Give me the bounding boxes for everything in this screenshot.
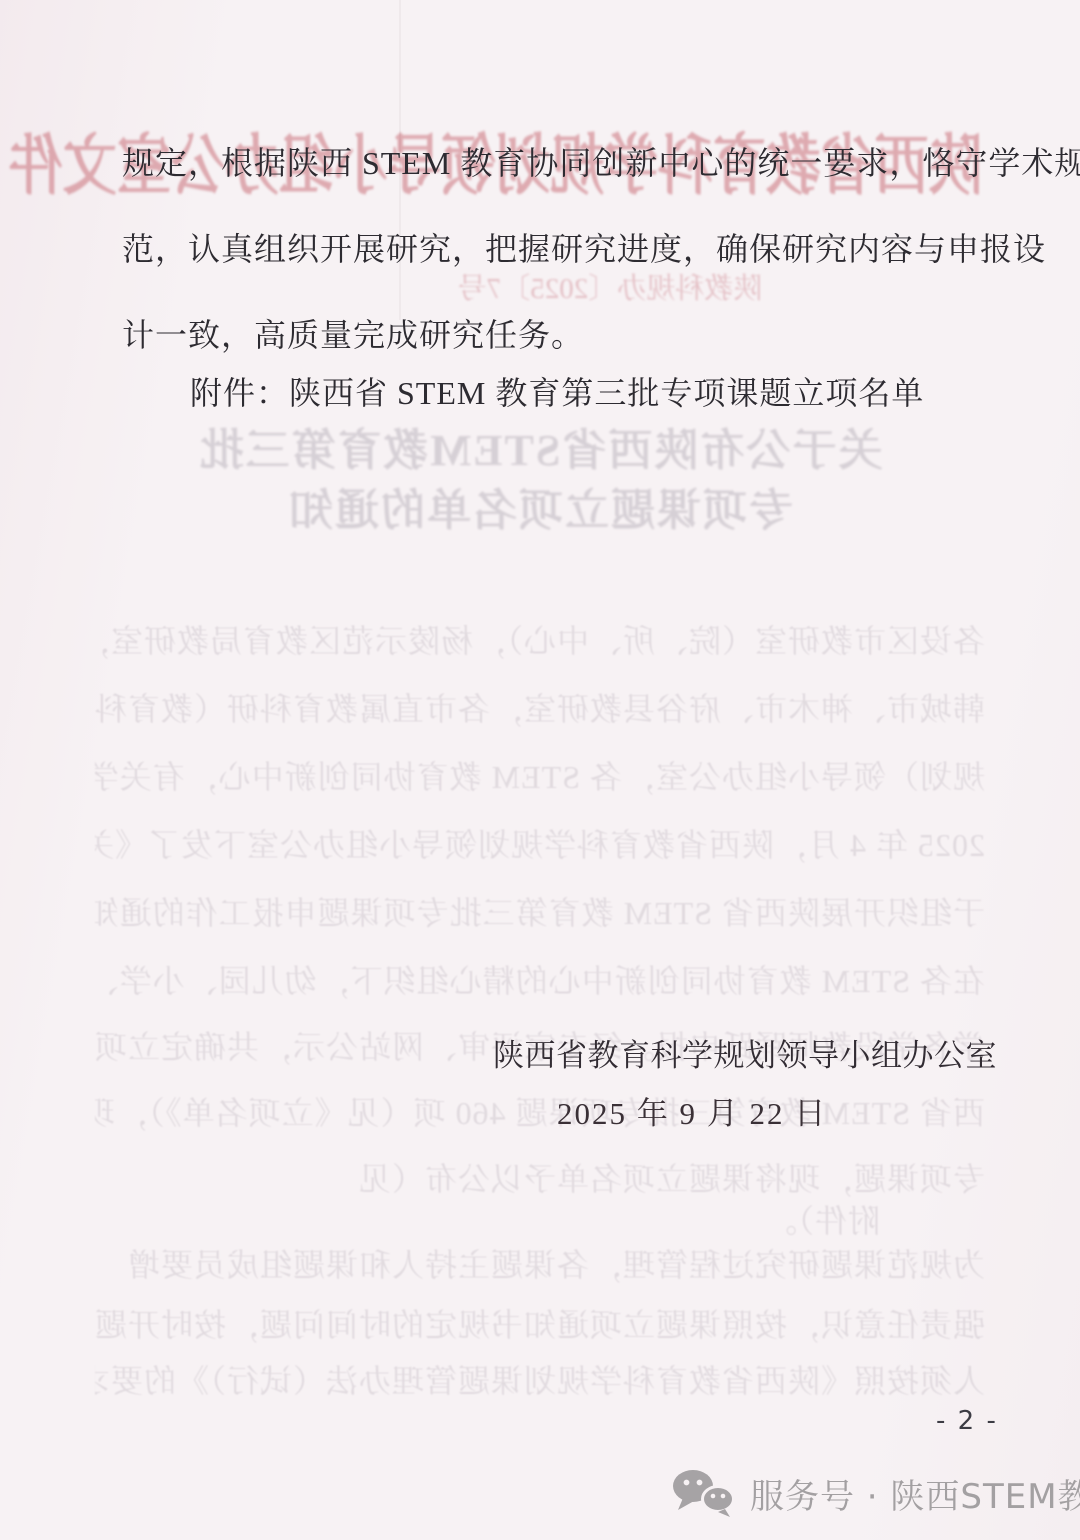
wechat-watermark: 服务号 · 陕西STEM教育 — [670, 1468, 1080, 1518]
body-paragraph-line: 规定，根据陕西 STEM 教育协同创新中心的统一要求，恪守学术规 — [122, 138, 1022, 184]
attachment-line: 附件：陕西省 STEM 教育第三批专项课题立项名单 — [190, 368, 924, 414]
issuing-office-signature: 陕西省教育科学规划领导小组办公室 — [493, 1030, 997, 1075]
body-paragraph-line: 计一致，高质量完成研究任务。 — [122, 310, 1022, 356]
body-paragraph-line: 范，认真组织开展研究，把握研究进度，确保研究内容与申报设 — [122, 224, 1022, 270]
issue-date: 2025 年 9 月 22 日 — [557, 1088, 827, 1133]
watermark-label: 服务号 · 陕西STEM教育 — [750, 1469, 1080, 1518]
wechat-logo-icon — [670, 1468, 738, 1518]
document-page: 陕西省教育科学规划领导小组办公室文件 陕教科规办〔2025〕7号 关于公布陕西省… — [0, 0, 1080, 1540]
document-content: 规定，根据陕西 STEM 教育协同创新中心的统一要求，恪守学术规范，认真组织开展… — [0, 0, 1080, 1540]
page-number: - 2 - — [936, 1406, 998, 1436]
